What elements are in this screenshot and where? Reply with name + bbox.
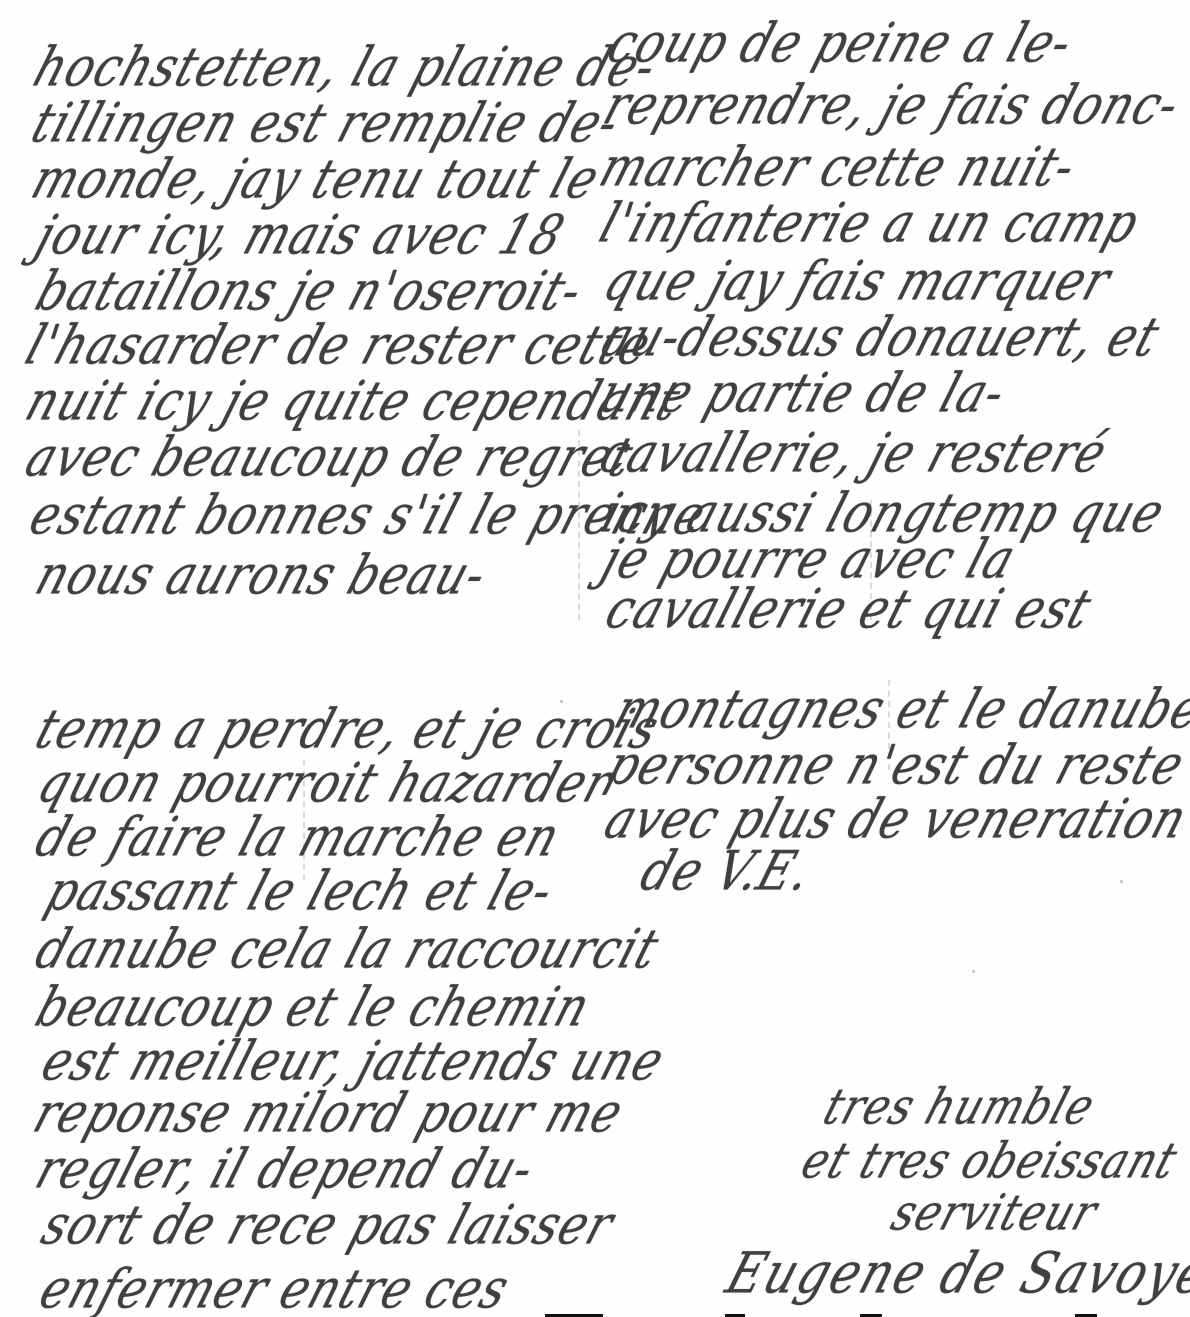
text-line: passant le lech et le- xyxy=(40,864,560,918)
closing-line: serviteur xyxy=(886,1188,1104,1238)
text-line: l'infanterie a un camp xyxy=(594,196,1146,250)
closing-line: et tres obeissant xyxy=(796,1136,1183,1186)
column-bottom-left: temp a perdre, et je crois quon pourroit… xyxy=(0,680,600,1317)
text-line: tillingen est remplie de- xyxy=(26,96,626,150)
scan-speck xyxy=(972,970,975,973)
column-bottom-right: montagnes et le danube personne n'est du… xyxy=(595,670,1190,910)
text-line: nous aurons beau- xyxy=(30,548,494,602)
text-line: enfermer entre ces xyxy=(34,1262,516,1316)
column-top-right: coup de peine a le- reprendre, je fais d… xyxy=(590,0,1190,640)
text-line: de faire la marche en xyxy=(30,810,567,864)
text-line: cavallerie, je resteré xyxy=(594,426,1114,480)
closing-line: tres humble xyxy=(818,1082,1101,1132)
letter-closing: tres humble et tres obeissant serviteur xyxy=(790,1080,1190,1230)
letter-page: hochstetten, la plaine de- tillingen est… xyxy=(0,0,1190,1317)
scan-speck xyxy=(1120,880,1123,883)
text-line: marcher cette nuit- xyxy=(594,140,1083,194)
text-line: de V.E. xyxy=(635,844,819,898)
text-line: danube cela la raccourcit xyxy=(30,922,666,976)
text-line: avec beaucoup de regret xyxy=(20,430,640,484)
text-line: l'hasarder de rester cette xyxy=(20,318,658,372)
text-line: cavallerie et qui est xyxy=(600,582,1098,636)
text-line: hochstetten, la plaine de- xyxy=(28,40,663,94)
text-line: est meilleur, jattends une xyxy=(36,1034,671,1088)
text-line: au-dessus donauert, et xyxy=(596,310,1166,364)
text-line: reprendre, je fais donc- xyxy=(598,78,1187,132)
text-line: montagnes et le danube xyxy=(609,682,1190,736)
text-line: une partie de la- xyxy=(594,366,1013,420)
text-line: beaucoup et le chemin xyxy=(30,980,597,1034)
signature: Eugene de Savoye xyxy=(710,1250,1190,1310)
text-line: nuit icy je quite cependant xyxy=(20,374,687,428)
text-line: sort de rece pas laisser xyxy=(36,1198,621,1252)
text-line: monde, jay tenu tout le xyxy=(26,152,606,206)
text-line: personne n'est du reste xyxy=(601,738,1190,792)
column-top-left: hochstetten, la plaine de- tillingen est… xyxy=(0,0,590,640)
text-line: temp a perdre, et je crois xyxy=(30,702,666,756)
text-line: quon pourroit hazarder xyxy=(32,756,618,810)
text-line: bataillons je n'oseroit- xyxy=(30,264,589,318)
text-line: regler, il depend du- xyxy=(30,1142,541,1196)
scan-crop-marks xyxy=(0,1309,1190,1317)
text-line: que jay fais marquer xyxy=(598,254,1118,308)
scan-speck xyxy=(560,700,563,703)
text-line: avec plus de veneration xyxy=(599,792,1190,846)
signature-text: Eugene de Savoye xyxy=(720,1245,1190,1302)
text-line: coup de peine a le- xyxy=(602,16,1079,70)
text-line: reponse milord pour me xyxy=(28,1086,630,1140)
text-line: jour icy, mais avec 18 xyxy=(30,208,571,262)
